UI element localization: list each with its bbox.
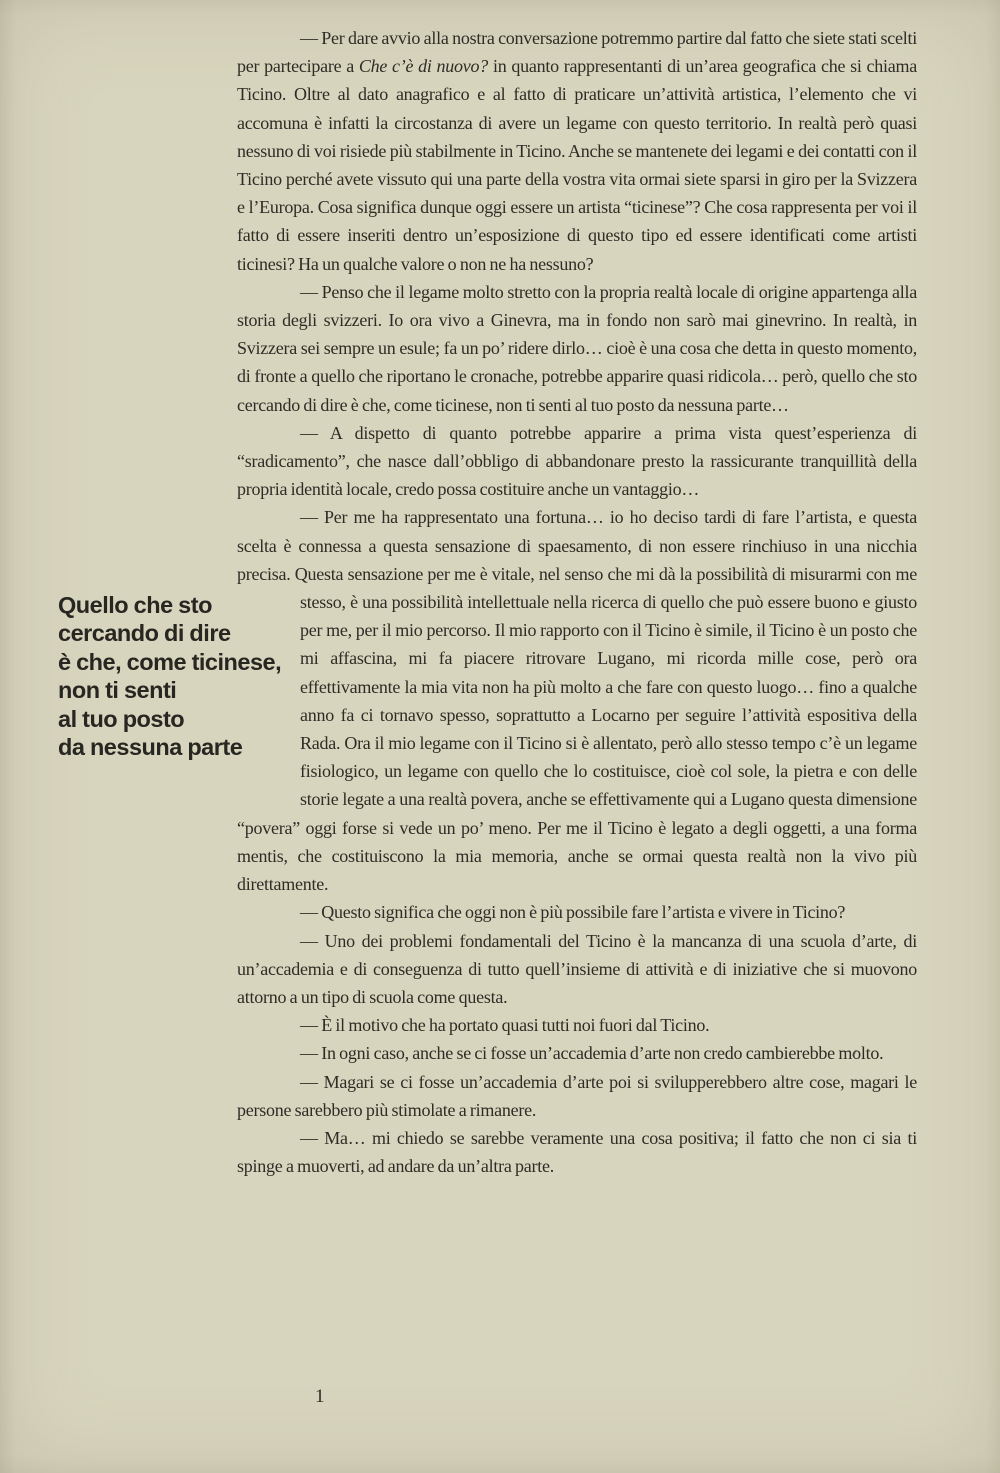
answer-text: ricerca di quello che può essere buono e…	[237, 592, 917, 894]
paragraph-answer-6: — In ogni caso, anche se ci fosse un’acc…	[237, 1039, 917, 1067]
page-number: 1	[315, 1386, 325, 1408]
exhibition-title-italic: Che c’è di nuovo?	[359, 56, 488, 76]
paragraph-question-1: — Per dare avvio alla nostra conversazio…	[237, 24, 917, 278]
pull-quote-line: è che, come ticinese,	[58, 648, 300, 676]
book-page: — Per dare avvio alla nostra conversazio…	[0, 0, 1000, 1473]
pull-quote-line: Quello che sto	[58, 591, 300, 619]
pull-quote-line: da nessuna parte	[58, 733, 300, 761]
pull-quote-line: non ti senti	[58, 676, 300, 704]
pull-quote: Quello che stocercando di direè che, com…	[58, 591, 300, 761]
pull-quote-line: cercando di dire	[58, 619, 300, 647]
paragraph-answer-1: — Penso che il legame molto stretto con …	[237, 278, 917, 419]
paragraph-answer-7: — Magari se ci fosse un’accademia d’arte…	[237, 1068, 917, 1124]
pull-quote-line: al tuo posto	[58, 705, 300, 733]
paragraph-answer-8: — Ma… mi chiedo se sarebbe veramente una…	[237, 1124, 917, 1180]
paragraph-answer-2: — A dispetto di quanto potrebbe apparire…	[237, 419, 917, 504]
question-text: in quanto rappresentanti di un’area geog…	[237, 56, 917, 273]
article-text: — Per dare avvio alla nostra conversazio…	[237, 24, 917, 1180]
paragraph-question-2: — Questo significa che oggi non è più po…	[237, 898, 917, 926]
paragraph-answer-3: — Per me ha rappresentato una fortuna… i…	[237, 503, 917, 898]
paragraph-answer-4: — Uno dei problemi fondamentali del Tici…	[237, 927, 917, 1012]
paragraph-answer-5: — È il motivo che ha portato quasi tutti…	[237, 1011, 917, 1039]
